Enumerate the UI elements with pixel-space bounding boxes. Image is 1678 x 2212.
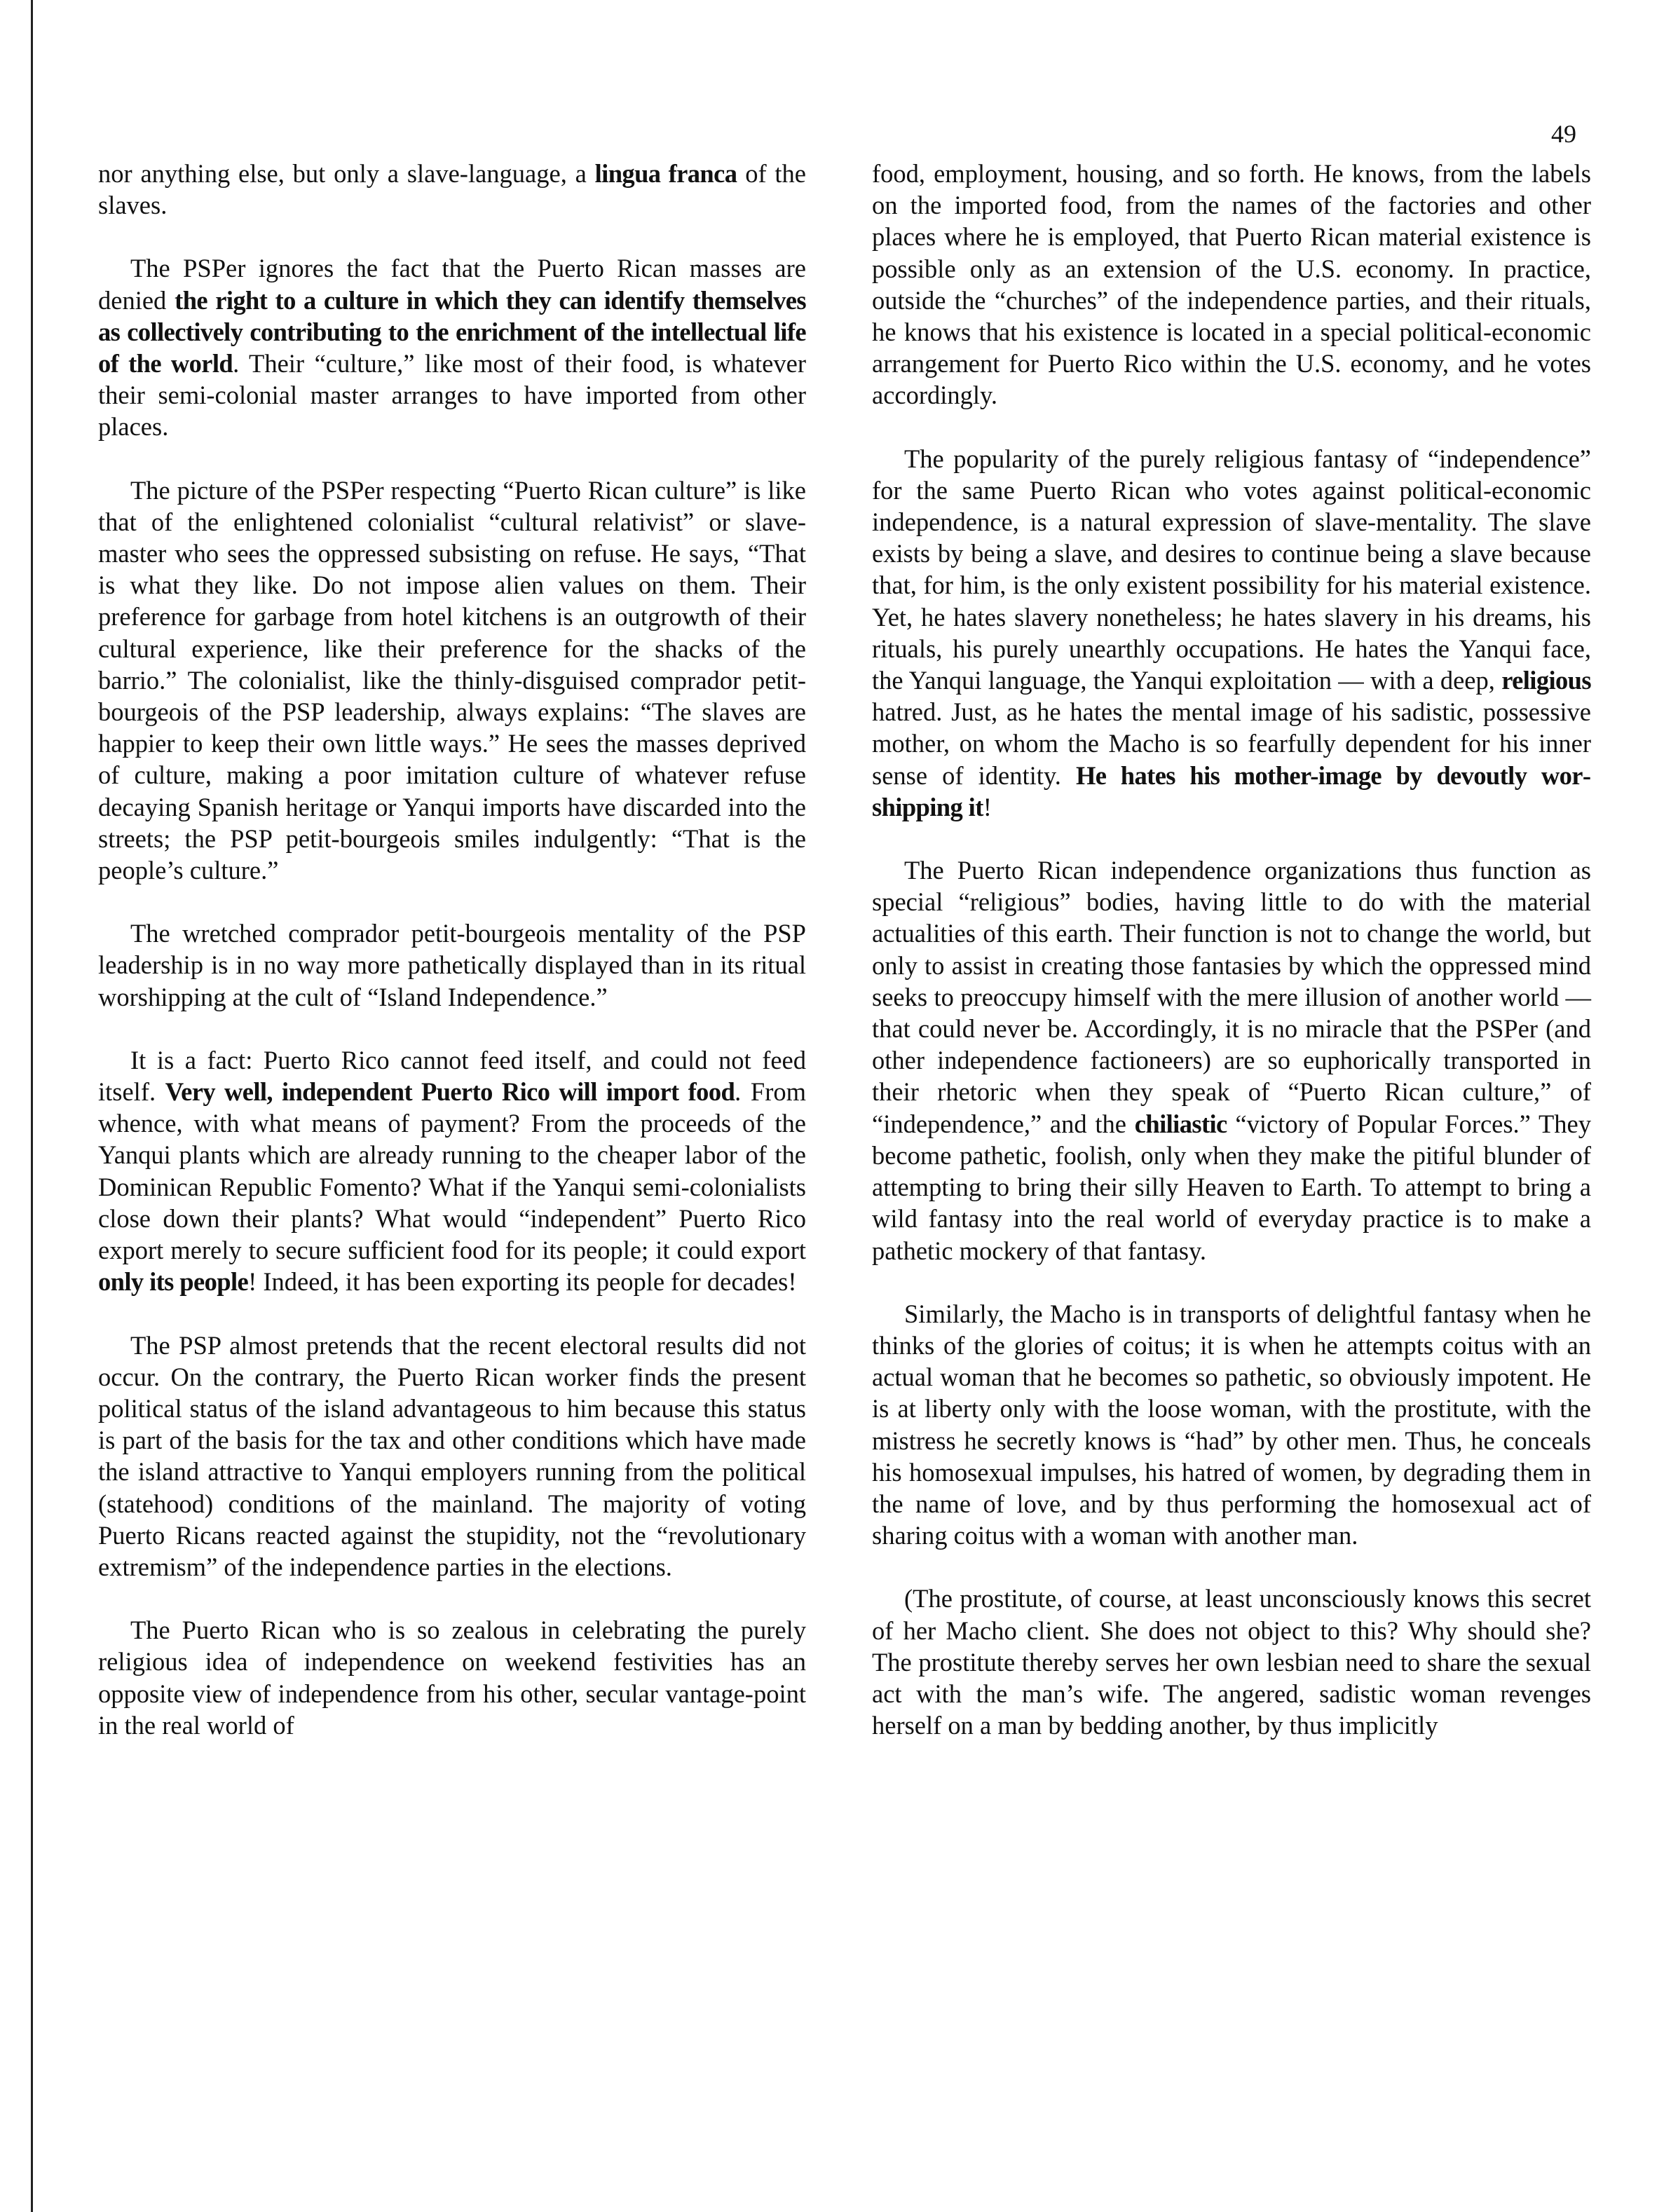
body-text: ! [983, 793, 992, 821]
body-text: Similarly, the Macho is in transports of… [872, 1299, 1591, 1550]
paragraph: The popularity of the purely religious f… [872, 443, 1591, 823]
body-text: nor anything else, but only a slave-lang… [98, 159, 595, 188]
paragraph: The PSPer ignores the fact that the Puer… [98, 252, 806, 442]
body-text: The popularity of the purely religious f… [872, 444, 1591, 695]
paragraph: The Puerto Rican who is so zealous in ce… [98, 1614, 806, 1741]
bold-emphasis-text: Very well, independent Puerto Rico will … [165, 1077, 735, 1106]
body-text: (The prostitute, of course, at least unc… [872, 1584, 1591, 1740]
paragraph: It is a fact: Puerto Rico cannot feed it… [98, 1044, 806, 1298]
paragraph: The Puerto Rican independence organizati… [872, 854, 1591, 1267]
body-text: The picture of the PSPer respecting “Pue… [98, 476, 806, 885]
body-text: The Puerto Rican independence organizati… [872, 856, 1591, 1138]
bold-emphasis-text: chiliastic [1135, 1110, 1227, 1138]
right-column: food, employment, housing, and so forth.… [872, 158, 1591, 1773]
body-text: The wretched comprador petit-bourgeois m… [98, 919, 806, 1011]
paragraph: food, employment, housing, and so forth.… [872, 158, 1591, 411]
paragraph: The wretched comprador petit-bourgeois m… [98, 917, 806, 1013]
scan-margin-line [31, 0, 33, 2212]
body-text: ! Indeed, it has been exporting its peop… [248, 1267, 796, 1296]
body-text: food, employment, housing, and so forth.… [872, 159, 1591, 409]
bold-emphasis-text: only its people [98, 1267, 248, 1296]
body-text: The Puerto Rican who is so zealous in ce… [98, 1616, 806, 1740]
bold-emphasis-text: religious [1501, 666, 1591, 695]
paragraph: Similarly, the Macho is in transports of… [872, 1298, 1591, 1552]
page-number: 49 [1551, 119, 1576, 149]
body-text: The PSP almost pretends that the recent … [98, 1331, 806, 1581]
bold-emphasis-text: lingua franca [595, 159, 737, 188]
paragraph: The PSP almost pretends that the recent … [98, 1330, 806, 1583]
left-column: nor anything else, but only a slave-lang… [98, 158, 806, 1773]
paragraph: The picture of the PSPer respecting “Pue… [98, 475, 806, 887]
paragraph: (The prostitute, of course, at least unc… [872, 1583, 1591, 1741]
paragraph: nor anything else, but only a slave-lang… [98, 158, 806, 221]
